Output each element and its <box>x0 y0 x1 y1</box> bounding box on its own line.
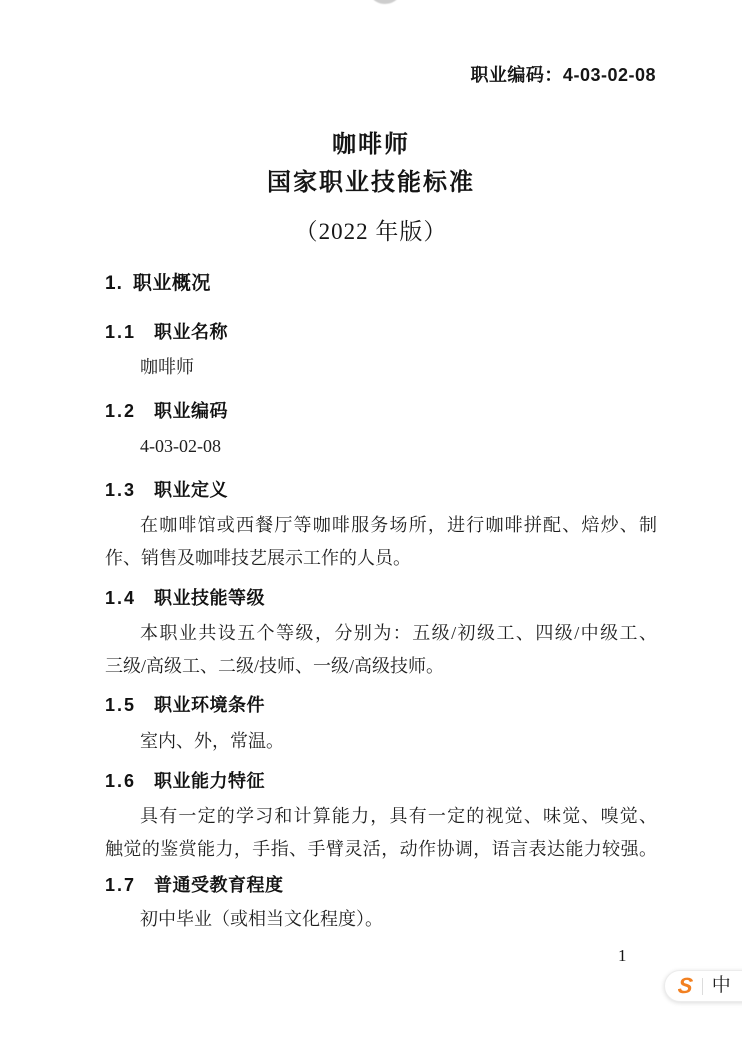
pill-divider <box>702 978 703 995</box>
section-body-1-5: 室内、外，常温。 <box>105 729 657 753</box>
section-number: 1.4 <box>105 588 136 608</box>
section-body-1-6: 具有一定的学习和计算能力，具有一定的视觉、味觉、嗅觉、 触觉的鉴赏能力，手指、手… <box>105 800 657 866</box>
section-body-1-2: 4-03-02-08 <box>105 434 657 458</box>
section-body-1-4: 本职业共设五个等级，分别为：五级/初级工、四级/中级工、 三级/高级工、二级/技… <box>105 617 657 683</box>
paragraph-line: 本职业共设五个等级，分别为：五级/初级工、四级/中级工、 <box>105 617 657 650</box>
section-number: 1.5 <box>105 695 136 715</box>
page-number: 1 <box>618 946 627 966</box>
section-heading-1-3: 1.3职业定义 <box>105 476 228 502</box>
occupation-code-header: 职业编码：4-03-02-08 <box>470 61 656 87</box>
section-body-1-7: 初中毕业（或相当文化程度）。 <box>105 907 657 931</box>
chapter-label: 职业概况 <box>133 273 211 294</box>
section-label: 职业名称 <box>154 322 228 342</box>
chapter-number: 1. <box>105 273 123 294</box>
section-label: 职业能力特征 <box>154 771 265 791</box>
section-label: 职业编码 <box>154 401 228 421</box>
title-standard-name: 国家职业技能标准 <box>0 168 742 198</box>
paragraph-line: 触觉的鉴赏能力，手指、手臂灵活，动作协调，语言表达能力较强。 <box>105 833 657 866</box>
section-heading-1-7: 1.7普通受教育程度 <box>105 871 284 897</box>
language-button[interactable]: 中 <box>712 976 731 996</box>
paragraph-line: 在咖啡馆或西餐厅等咖啡服务场所，进行咖啡拼配、焙炒、制 <box>105 509 657 542</box>
section-number: 1.3 <box>105 480 136 500</box>
document-page: 职业编码：4-03-02-08 咖啡师 国家职业技能标准 （2022 年版） 1… <box>0 0 742 1041</box>
section-label: 职业定义 <box>154 480 228 500</box>
section-number: 1.7 <box>105 875 136 895</box>
section-heading-1-6: 1.6职业能力特征 <box>105 767 265 793</box>
section-body-1-1: 咖啡师 <box>105 355 657 379</box>
section-heading-1-5: 1.5职业环境条件 <box>105 691 265 717</box>
section-heading-1-1: 1.1职业名称 <box>105 318 228 344</box>
section-number: 1.1 <box>105 322 136 342</box>
paragraph-line: 三级/高级工、二级/技师、一级/高级技师。 <box>105 650 657 683</box>
sider-logo-icon[interactable]: S <box>677 975 694 997</box>
section-label: 职业环境条件 <box>154 695 265 715</box>
chapter-heading: 1.职业概况 <box>105 268 211 295</box>
top-center-circle-sliver[interactable] <box>367 0 403 4</box>
section-heading-1-4: 1.4职业技能等级 <box>105 584 265 610</box>
section-number: 1.2 <box>105 401 136 421</box>
section-heading-1-2: 1.2职业编码 <box>105 397 228 423</box>
section-body-1-3: 在咖啡馆或西餐厅等咖啡服务场所，进行咖啡拼配、焙炒、制 作、销售及咖啡技艺展示工… <box>105 509 657 575</box>
section-number: 1.6 <box>105 771 136 791</box>
section-label: 职业技能等级 <box>154 588 265 608</box>
paragraph-line: 作、销售及咖啡技艺展示工作的人员。 <box>105 542 657 575</box>
title-edition: （2022 年版） <box>0 213 742 246</box>
translate-extension-pill[interactable]: S 中 <box>664 970 742 1002</box>
section-label: 普通受教育程度 <box>154 875 284 895</box>
paragraph-line: 具有一定的学习和计算能力，具有一定的视觉、味觉、嗅觉、 <box>105 800 657 833</box>
title-occupation-name: 咖啡师 <box>0 130 742 160</box>
